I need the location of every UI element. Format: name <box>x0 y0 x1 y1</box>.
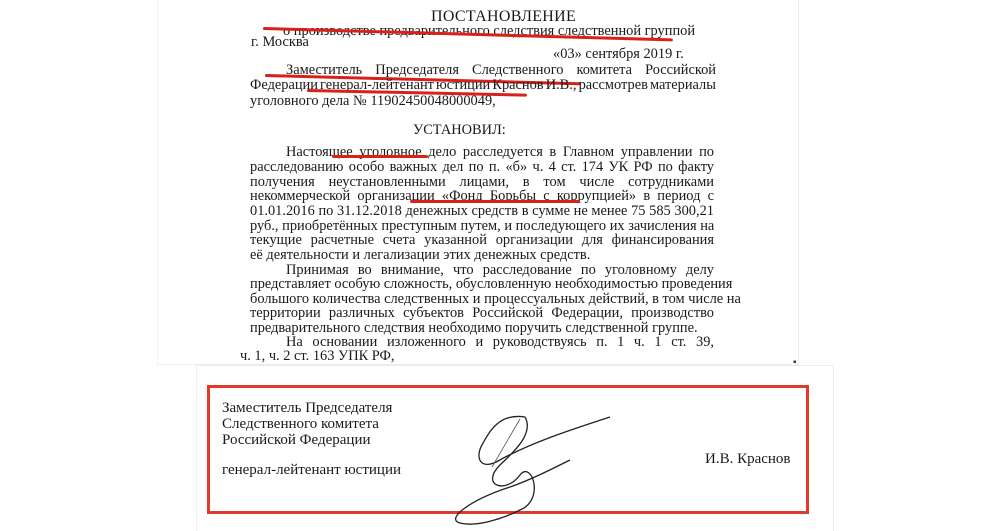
handwritten-signature-icon <box>420 405 620 531</box>
signature-name: И.В. Краснов <box>705 451 791 468</box>
signature-position-line-1: Заместитель Председателя <box>222 400 392 417</box>
signature-position-line-2: Следственного комитета <box>222 416 379 433</box>
document-date: «03» сентября 2019 г. <box>553 46 684 63</box>
underline-criminal-case <box>332 155 428 158</box>
signature-position-line-3: Российской Федерации <box>222 432 371 449</box>
established-heading: УСТАНОВИЛ: <box>413 122 506 139</box>
intro-line-3: уголовного дела № 11902450048000049, <box>250 93 496 110</box>
page-corner-mark: ▪ <box>793 357 797 368</box>
document-city: г. Москва <box>251 34 309 51</box>
p3-line-2: ч. 1, ч. 2 ст. 163 УПК РФ, <box>240 348 395 365</box>
signature-rank: генерал-лейтенант юстиции <box>222 462 401 479</box>
